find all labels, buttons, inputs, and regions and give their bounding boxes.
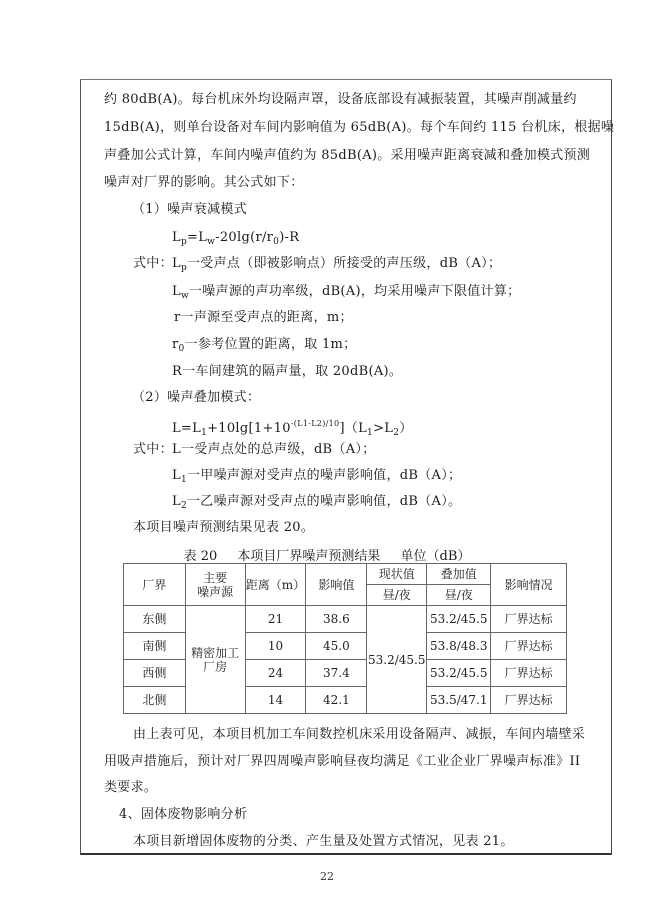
cell-distance: 21: [245, 606, 306, 633]
cell-boundary: 北侧: [124, 687, 186, 714]
cell-effect: 厂界达标: [491, 633, 567, 660]
table-number: 表 20: [184, 549, 218, 564]
result-reference: 本项目噪声预测结果见表 20。: [133, 520, 314, 536]
header-current: 现状值: [367, 564, 427, 585]
header-superposed: 叠加值: [427, 564, 491, 585]
intro-line-1: 约 80dB(A)。每台机床外均设隔声罩，设备底部设有减振装置，其噪声削减量约: [104, 92, 577, 108]
header-distance: 距离（m）: [245, 564, 306, 606]
table-unit: 单位（dB）: [401, 549, 471, 564]
table-caption: 表 20 本项目厂界噪声预测结果 单位（dB）: [0, 545, 654, 564]
header-effect: 影响情况: [491, 564, 567, 606]
header-current-sub: 昼/夜: [367, 585, 427, 606]
cell-impact: 42.1: [306, 687, 367, 714]
cell-boundary: 南侧: [124, 633, 186, 660]
intro-line-2: 15dB(A)，则单台设备对车间内影响值为 65dB(A)。每个车间约 115 …: [104, 120, 614, 136]
cell-distance: 14: [245, 687, 306, 714]
conclusion-line-3: 类要求。: [104, 780, 157, 796]
cell-superposed: 53.2/45.5: [427, 660, 491, 687]
cell-impact: 45.0: [306, 633, 367, 660]
cell-effect: 厂界达标: [491, 687, 567, 714]
cell-distance: 10: [245, 633, 306, 660]
model1-formula: Lp=Lw-20lg(r/r0)-R: [172, 230, 299, 250]
header-impact: 影响值: [306, 564, 367, 606]
model1-def-r0: r0一参考位置的距离，取 1m；: [172, 337, 356, 357]
header-source: 主要噪声源: [185, 564, 245, 606]
intro-line-4: 噪声对厂界的影响。其公式如下：: [104, 175, 304, 191]
cell-impact: 37.4: [306, 660, 367, 687]
model1-def-r: r一声源至受声点的距离，m；: [174, 310, 353, 326]
table-title: 本项目厂界噪声预测结果: [237, 549, 380, 564]
table-row: 东侧 精密加工厂房 21 38.6 53.2/45.5 53.2/45.5 厂界…: [124, 606, 567, 633]
noise-prediction-table: 厂界 主要噪声源 距离（m） 影响值 现状值 叠加值 影响情况 昼/夜 昼/夜 …: [123, 563, 567, 714]
cell-boundary: 西侧: [124, 660, 186, 687]
cell-impact: 38.6: [306, 606, 367, 633]
cell-distance: 24: [245, 660, 306, 687]
cell-source: 精密加工厂房: [185, 606, 245, 714]
model2-formula: L=L1+10lg[1+10-(L1-L2)/10]（L1>L2）: [172, 416, 413, 441]
cell-current: 53.2/45.5: [367, 606, 427, 714]
model2-heading: （2）噪声叠加模式：: [132, 390, 260, 406]
section4-text: 本项目新增固体废物的分类、产生量及处置方式情况，见表 21。: [133, 834, 514, 850]
cell-boundary: 东侧: [124, 606, 186, 633]
model1-def-R: R一车间建筑的隔声量，取 20dB(A)。: [172, 364, 402, 380]
cell-superposed: 53.5/47.1: [427, 687, 491, 714]
cell-superposed: 53.2/45.5: [427, 606, 491, 633]
model2-where-label: 式中：: [133, 442, 173, 458]
section4-heading: 4、固体废物影响分析: [119, 807, 247, 823]
model2-def-l2: L2一乙噪声源对受声点的噪声影响值，dB（A）。: [172, 494, 461, 514]
conclusion-line-1: 由上表可见，本项目机加工车间数控机床采用设备隔声、减振，车间内墙壁采: [133, 727, 585, 743]
cell-superposed: 53.8/48.3: [427, 633, 491, 660]
conclusion-line-2: 用吸声措施后，预计对厂界四周噪声影响昼夜均满足《工业企业厂界噪声标准》II: [104, 754, 580, 770]
header-boundary: 厂界: [124, 564, 186, 606]
model1-where-label: 式中：: [133, 256, 173, 272]
page-number: 22: [0, 870, 654, 883]
cell-effect: 厂界达标: [491, 606, 567, 633]
header-superposed-sub: 昼/夜: [427, 585, 491, 606]
intro-line-3: 声叠加公式计算，车间内噪声值约为 85dB(A)。采用噪声距离衰减和叠加模式预测: [104, 148, 590, 164]
cell-effect: 厂界达标: [491, 660, 567, 687]
model1-heading: （1）噪声衰减模式: [132, 202, 247, 218]
model1-def-lp: Lp一受声点（即被影响点）所接受的声压级，dB（A）；: [172, 256, 501, 276]
model2-def-l1: L1一甲噪声源对受声点的噪声影响值，dB（A）；: [172, 468, 461, 488]
model2-def-l: L一受声点处的总声级，dB（A）；: [172, 442, 376, 458]
model1-def-lw: Lw一噪声源的声功率级，dB(A)，均采用噪声下限值计算；: [172, 284, 520, 304]
